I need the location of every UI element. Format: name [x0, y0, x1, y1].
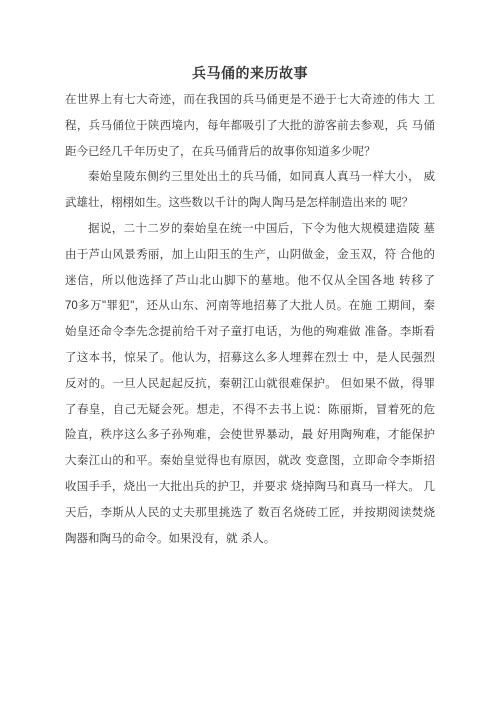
- document-body: 在世界上有七大奇迹，而在我国的兵马俑更是不逊于七大奇迹的伟大 工程，兵马俑位于陕…: [65, 88, 435, 552]
- text-line: 险直，秩序这么多子孙殉难，会使世界暴动，最 好用陶殉难，才能保护: [65, 423, 435, 449]
- text-line: 陶器和陶马的命令。如果没有，就 杀人。: [65, 527, 435, 553]
- text-line: 了春皇，自己无疑会死。想走，不得不去书上说：陈丽斯，冒着死的危: [65, 398, 435, 424]
- text-line: 70多万"罪犯"，还从山东、河南等地招募了大批人员。在施 工期间，秦: [65, 294, 435, 320]
- text-line: 了这本书，惊呆了。他认为，招募这么多人埋葬在烈士 中，是人民强烈: [65, 346, 435, 372]
- text-line: 反对的。一旦人民起起反抗，秦朝江山就很难保护。 但如果不做，得罪: [65, 372, 435, 398]
- text-line: 距今已经几千年历史了，在兵马俑背后的故事你知道多少呢？: [65, 140, 435, 166]
- text-line: 天后，李斯从人民的丈夫那里挑选了 数百名烧砖工匠，并按期阅读焚烧: [65, 501, 435, 527]
- document-page: 兵马俑的来历故事 在世界上有七大奇迹，而在我国的兵马俑更是不逊于七大奇迹的伟大 …: [0, 0, 500, 707]
- text-line: 迷信，所以他选择了芦山北山脚下的墓地。他不仅从全国各地 转移了: [65, 269, 435, 295]
- text-line: 武雄壮，栩栩如生。这些数以千计的陶人陶马是怎样制造出来的 呢？: [65, 191, 435, 217]
- text-line: 由于芦山风景秀丽，加上山阳玉的生产，山阴做金，金玉双，符 合他的: [65, 243, 435, 269]
- text-line: 收国手手，烧出一大批出兵的护卫，并要求 烧掉陶马和真马一样大。 几: [65, 475, 435, 501]
- text-line: 据说，二十二岁的秦始皇在统一中国后，下令为他大规模建造陵 墓: [65, 217, 435, 243]
- text-line: 大秦江山的和平。秦始皇觉得也有原因，就改 变意图，立即命令李斯招: [65, 449, 435, 475]
- text-line: 秦始皇陵东侧约三里处出土的兵马俑，如同真人真马一样大小， 威: [65, 165, 435, 191]
- text-line: 在世界上有七大奇迹，而在我国的兵马俑更是不逊于七大奇迹的伟大 工: [65, 88, 435, 114]
- text-line: 程，兵马俑位于陕西境内，每年都吸引了大批的游客前去参观，兵 马俑: [65, 114, 435, 140]
- text-line: 始皇还命令李先念提前给千对子童打电话，为他的殉难做 准备。李斯看: [65, 320, 435, 346]
- page-title: 兵马俑的来历故事: [0, 60, 500, 86]
